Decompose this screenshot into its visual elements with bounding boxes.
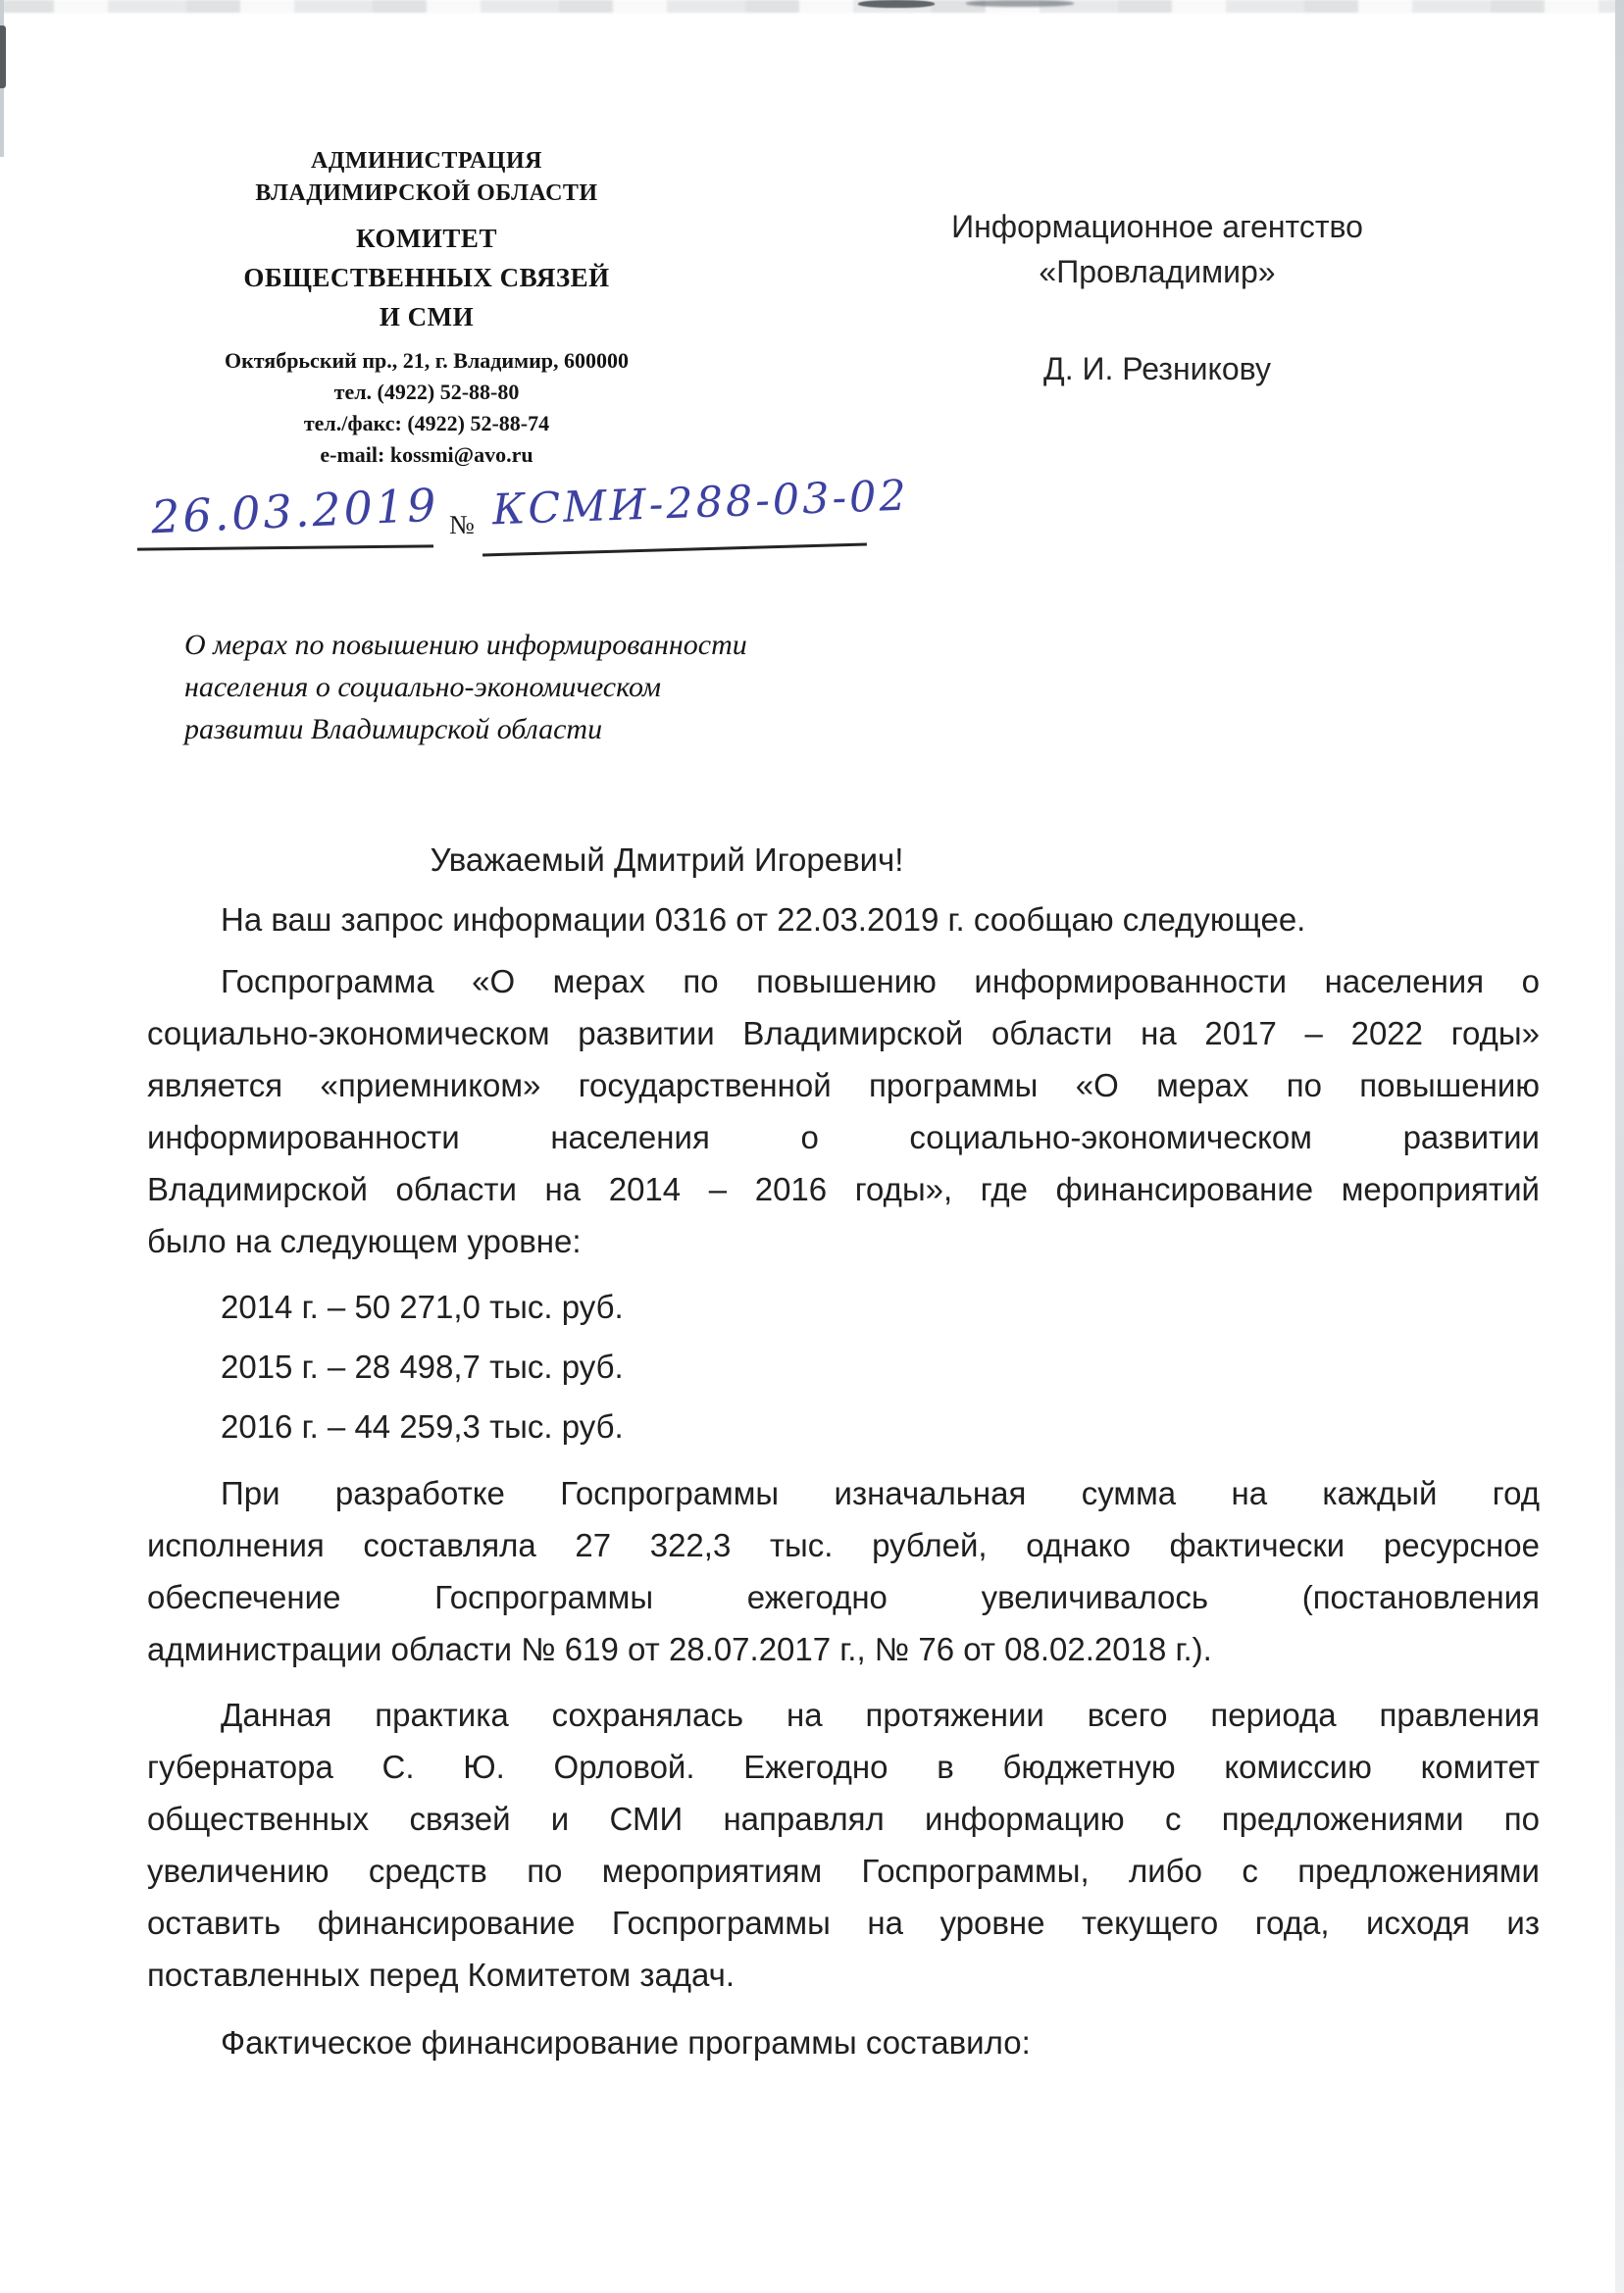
letterhead-phone-fax: тел./факс: (4922) 52-88-74 (147, 408, 706, 439)
reg-number-sign: № (449, 510, 475, 540)
subject-line-1: О мерах по повышению информированности (184, 624, 792, 666)
paragraph-line: оставить финансирование Госпрограммы на … (147, 1897, 1540, 1949)
committee-name-line-1: КОМИТЕТ (147, 219, 706, 258)
paragraph-line: исполнения составляла 27 322,3 тыс. рубл… (147, 1519, 1540, 1571)
paragraph-practice: Данная практика сохранялась на протяжени… (147, 1689, 1540, 2001)
paragraph-gosprogramma: Госпрограмма «О мерах по повышению инфор… (147, 955, 1540, 1267)
reg-date-underline (137, 544, 433, 550)
paragraph-line: При разработке Госпрограммы изначальная … (147, 1467, 1540, 1519)
letterhead-email: e-mail: kossmi@avo.ru (147, 439, 706, 471)
scan-artifact-left-dash (0, 25, 6, 88)
funding-list-item: 2015 г. – 28 498,7 тыс. руб. (147, 1337, 1613, 1397)
paragraph-line: администрации области № 619 от 28.07.201… (147, 1623, 1540, 1675)
recipient-agency-line-1: Информационное агентство (902, 204, 1412, 249)
paragraph-line: общественных связей и СМИ направлял инфо… (147, 1793, 1540, 1845)
recipient-agency-line-2: «Провладимир» (902, 249, 1412, 294)
recipient-block: Информационное агентство «Провладимир» Д… (902, 204, 1412, 391)
paragraph-line: поставленных перед Комитетом задач. (147, 1949, 1540, 2001)
paragraph-line: губернатора С. Ю. Орловой. Ежегодно в бю… (147, 1741, 1540, 1793)
subject-block: О мерах по повышению информированности н… (184, 624, 792, 750)
reg-number-underline (482, 543, 867, 557)
paragraph-line: Данная практика сохранялась на протяжени… (147, 1689, 1540, 1741)
paragraph-line: социально-экономическом развитии Владими… (147, 1007, 1540, 1059)
funding-list-item: 2016 г. – 44 259,3 тыс. руб. (147, 1397, 1613, 1456)
funding-list: 2014 г. – 50 271,0 тыс. руб. 2015 г. – 2… (147, 1277, 1540, 1456)
letterhead: АДМИНИСТРАЦИЯ ВЛАДИМИРСКОЙ ОБЛАСТИ КОМИТ… (147, 145, 706, 471)
paragraph-line: обеспечение Госпрограммы ежегодно увелич… (147, 1571, 1540, 1623)
funding-list-item: 2014 г. – 50 271,0 тыс. руб. (147, 1277, 1613, 1337)
recipient-person-name: Д. И. Резникову (902, 346, 1412, 391)
scan-artifact-top-smudge-2 (966, 0, 1074, 7)
paragraph-line: Госпрограмма «О мерах по повышению инфор… (147, 955, 1540, 1007)
reg-number-handwritten: КСМИ-288-03-02 (491, 472, 909, 535)
letter-page: АДМИНИСТРАЦИЯ ВЛАДИМИРСКОЙ ОБЛАСТИ КОМИТ… (0, 0, 1624, 2293)
subject-line-3: развитии Владимирской области (184, 708, 792, 750)
subject-line-2: населения о социально-экономическом (184, 666, 792, 708)
letterhead-phone: тел. (4922) 52-88-80 (147, 377, 706, 408)
paragraph-line: Владимирской области на 2014 – 2016 годы… (147, 1163, 1540, 1215)
org-name-line-2: ВЛАДИМИРСКОЙ ОБЛАСТИ (147, 178, 706, 210)
paragraph-initial-sum: При разработке Госпрограммы изначальная … (147, 1467, 1540, 1675)
paragraph-actual-funding-intro: Фактическое финансирование программы сос… (147, 2016, 1540, 2068)
committee-name-line-2: ОБЩЕСТВЕННЫХ СВЯЗЕЙ (147, 258, 706, 297)
paragraph-line: информированности населения о социально-… (147, 1111, 1540, 1163)
paragraph-line: является «приемником» государственной пр… (147, 1059, 1540, 1111)
org-name-line-1: АДМИНИСТРАЦИЯ (147, 145, 706, 178)
letter-body: На ваш запрос информации 0316 от 22.03.2… (147, 893, 1540, 2068)
paragraph-line: было на следующем уровне: (147, 1215, 1540, 1267)
paragraph-request: На ваш запрос информации 0316 от 22.03.2… (147, 893, 1540, 945)
scan-artifact-right-edge (1615, 0, 1624, 2293)
paragraph-line: увеличению средств по мероприятиям Госпр… (147, 1845, 1540, 1897)
scan-artifact-top-edge (0, 0, 1624, 13)
reg-date-handwritten: 26.03.2019 (150, 479, 439, 544)
scan-artifact-top-smudge (858, 0, 935, 8)
letterhead-address: Октябрьский пр., 21, г. Владимир, 600000 (147, 345, 706, 377)
registration-line: 26.03.2019 № КСМИ-288-03-02 (137, 479, 883, 567)
committee-name-line-3: И СМИ (147, 297, 706, 336)
salutation: Уважаемый Дмитрий Игоревич! (147, 834, 1187, 886)
